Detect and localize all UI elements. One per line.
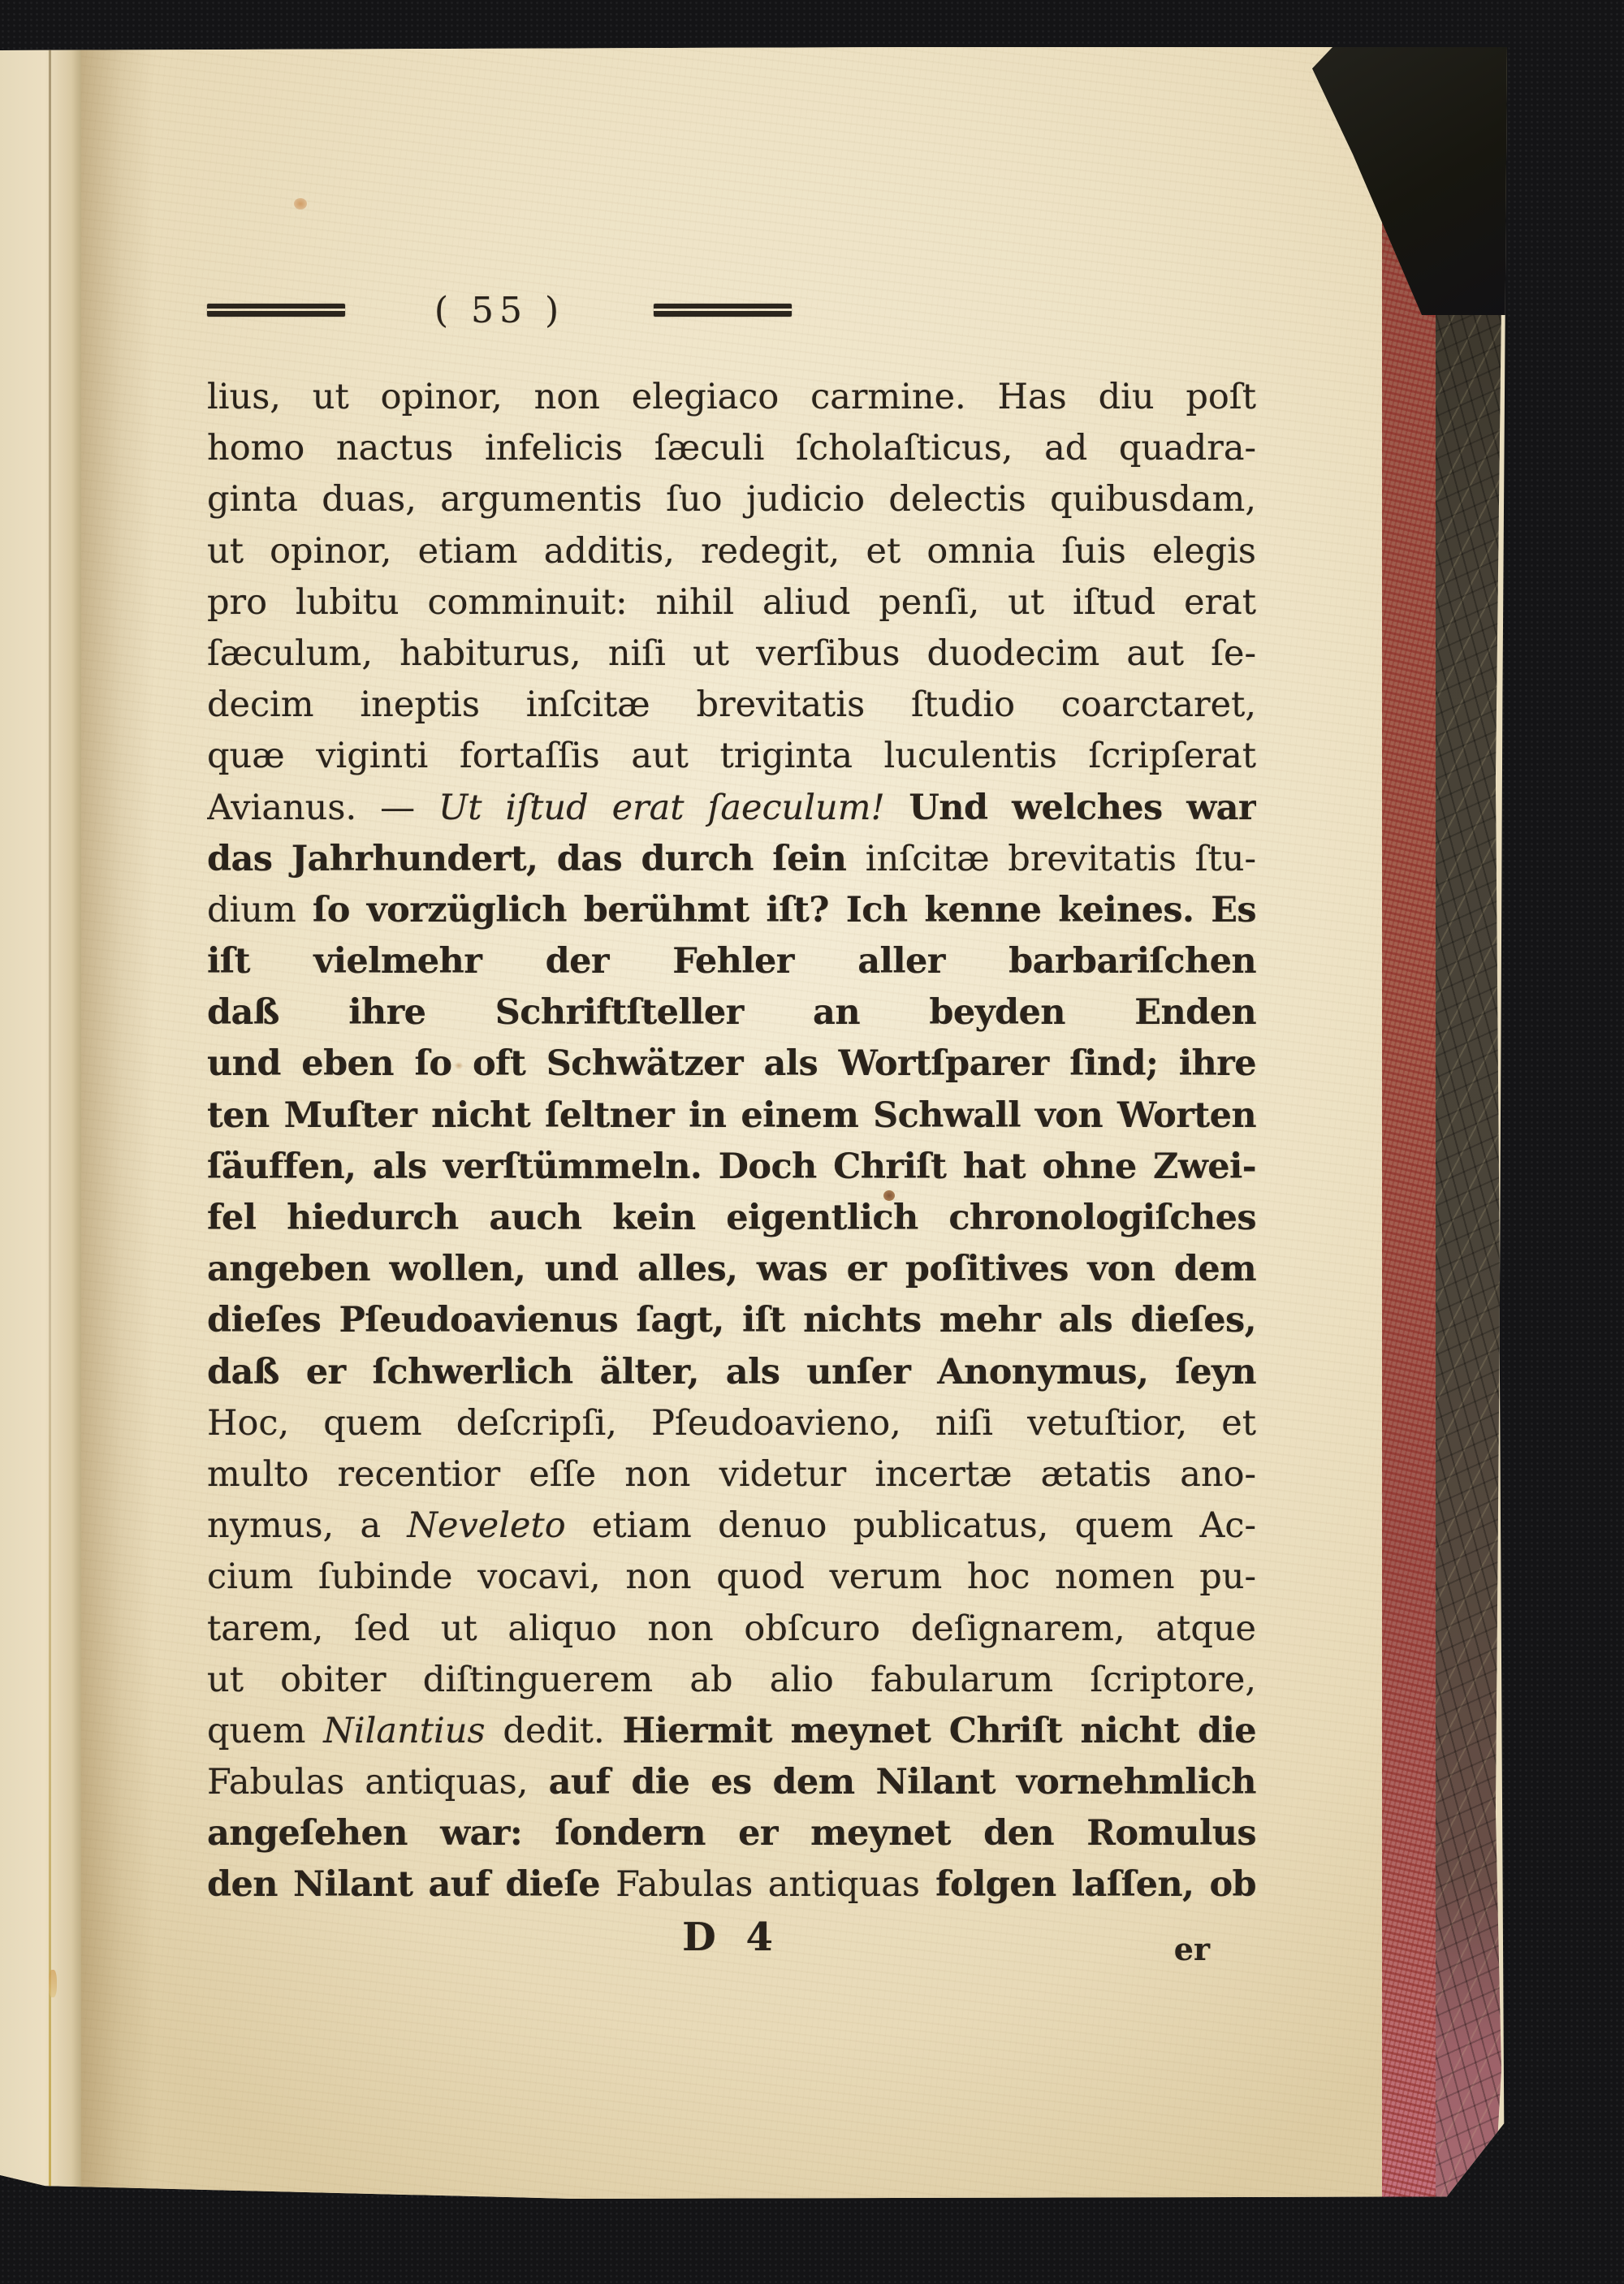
text-line: das Jahrhundert, das durch ſein inſcitæ … [207,834,1256,885]
text-line: dium ſo vorzüglich berühmt iſt? Ich kenn… [207,885,1256,936]
text-line: nymus, a Neveleto etiam denuo publicatus… [207,1500,1256,1552]
red-speckled-fore-edge [1382,58,1436,2199]
text-segment: angeſehen war: ſondern er meynet den Rom… [207,1813,1256,1859]
text-segment: Ut iſtud erat ſaeculum! [438,788,885,828]
text-segment: inſcitæ brevitatis ſtu- [866,839,1256,879]
text-segment: daß ihre Schriftſteller an beyden Enden … [207,992,1256,1038]
text-line: fel hiedurch auch kein eigentlich chrono… [207,1193,1256,1244]
text-segment: Und welches war [885,788,1256,828]
page-header: ( 55 ) [207,284,792,336]
text-line: dieſes Pſeudoavienus ſagt, iſt nichts me… [207,1295,1256,1346]
text-line: quem Nilantius dedit. Hiermit meynet Chr… [207,1706,1256,1757]
text-line: quæ viginti fortaſſis aut triginta lucul… [207,731,1256,782]
text-line: den Nilant auf dieſe Fabulas antiquas fo… [207,1859,1256,1911]
text-segment: Nilantius [323,1711,485,1751]
text-segment: ut obiter diſtinguerem ab alio fabularum… [207,1660,1256,1700]
text-line: Hoc, quem deſcripſi, Pſeudoavieno, niſi … [207,1398,1256,1449]
text-segment: ginta duas, argumentis ſuo judicio delec… [207,479,1256,520]
text-segment: und eben ſo oft Schwätzer als Wortſparer… [207,1043,1256,1090]
text-line: ſæculum, habiturus, niſi ut verſibus duo… [207,628,1256,680]
text-segment: auf die es dem Nilant vornehmlich [549,1762,1256,1803]
text-segment: folgen laſſen, ob [920,1864,1256,1905]
marbled-cover-edge [1436,47,1507,2199]
text-segment: das Jahrhundert, das durch ſein [207,839,866,879]
text-line: und eben ſo oft Schwätzer als Wortſparer… [207,1038,1256,1090]
text-segment: tarem, ſed ut aliquo non obſcuro deſigna… [207,1608,1256,1649]
text-segment: Hiermit meynet Chriſt nicht die [622,1711,1256,1751]
text-segment: fel hiedurch auch kein eigentlich chrono… [207,1198,1256,1244]
text-line: daß er ſchwerlich älter, als unſer Anony… [207,1347,1256,1398]
text-line: decim ineptis inſcitæ brevitatis ſtudio … [207,680,1256,731]
page-number: ( 55 ) [434,290,564,331]
text-segment: dieſes Pſeudoavienus ſagt, iſt nichts me… [207,1300,1256,1341]
text-segment: quem [207,1711,323,1751]
text-line: ut opinor, etiam additis, redegit, et om… [207,526,1256,577]
text-segment: Avianus. — [207,788,438,828]
text-segment: ut opinor, etiam additis, redegit, et om… [207,531,1256,572]
text-line: multo recentior eſſe non videtur incertæ… [207,1449,1256,1500]
catchword: er [1080,1931,1210,1967]
text-segment: Hoc, quem deſcripſi, Pſeudoavieno, niſi … [207,1403,1256,1444]
text-segment: decim ineptis inſcitæ brevitatis ſtudio … [207,684,1256,725]
photographed-book-scan: ( 55 ) lius, ut opinor, non elegiaco car… [0,0,1624,2284]
text-segment: daß er ſchwerlich älter, als unſer Anony… [207,1352,1256,1398]
book-page-spread: ( 55 ) lius, ut opinor, non elegiaco car… [0,47,1507,2199]
text-line: homo nactus infelicis ſæculi ſcholaſticu… [207,423,1256,474]
text-segment: multo recentior eſſe non videtur incertæ… [207,1454,1256,1495]
text-segment: nymus, a [207,1505,407,1546]
text-line: iſt vielmehr der Fehler aller barbariſch… [207,936,1256,987]
text-line: Fabulas antiquas, auf die es dem Nilant … [207,1757,1256,1808]
gutter-crease [49,47,51,2199]
text-segment: ſäuffen, als verſtümmeln. Doch Chriſt ha… [207,1146,1256,1187]
header-rule-left-icon [207,304,345,317]
text-segment: Neveleto [407,1505,565,1546]
text-segment: ſo vorzüglich berühmt iſt? Ich kenne kei… [313,890,1256,930]
paper-stain [294,198,307,209]
text-line: lius, ut opinor, non elegiaco carmine. H… [207,372,1256,423]
text-segment: lius, ut opinor, non elegiaco carmine. H… [207,377,1256,417]
text-segment: dium [207,890,313,930]
text-segment: angeben wollen, und alles, was er poſiti… [207,1249,1256,1295]
text-line: angeben wollen, und alles, was er poſiti… [207,1244,1256,1295]
text-line: cium ſubinde vocavi, non quod verum hoc … [207,1552,1256,1603]
text-line: tarem, ſed ut aliquo non obſcuro deſigna… [207,1604,1256,1655]
text-segment: ten Muſter nicht ſeltner in einem Schwal… [207,1095,1256,1142]
text-segment: cium ſubinde vocavi, non quod verum hoc … [207,1556,1256,1597]
text-line: Avianus. — Ut iſtud erat ſaeculum! Und w… [207,783,1256,834]
text-segment: Fabulas antiquas [615,1864,920,1905]
text-segment: homo nactus infelicis ſæculi ſcholaſticu… [207,428,1256,468]
text-line: daß ihre Schriftſteller an beyden Enden … [207,987,1256,1038]
text-segment: iſt vielmehr der Fehler aller barbariſch… [207,941,1256,987]
text-line: ſäuffen, als verſtümmeln. Doch Chriſt ha… [207,1142,1256,1193]
text-line: ten Muſter nicht ſeltner in einem Schwal… [207,1090,1256,1142]
text-segment: Fabulas antiquas, [207,1762,549,1803]
text-segment: dedit. [486,1711,623,1751]
text-segment: pro lubitu comminuit: nihil aliud penſi,… [207,582,1256,623]
text-line: ginta duas, argumentis ſuo judicio delec… [207,474,1256,525]
text-segment: quæ viginti fortaſſis aut triginta lucul… [207,736,1256,776]
text-line: ut obiter diſtinguerem ab alio fabularum… [207,1655,1256,1706]
text-segment: etiam denuo publicatus, quem Ac- [566,1505,1256,1546]
previous-page-edge [0,47,81,2199]
text-line: angeſehen war: ſondern er meynet den Rom… [207,1808,1256,1859]
text-block: lius, ut opinor, non elegiaco carmine. H… [207,372,1256,1911]
header-rule-right-icon [654,304,792,317]
text-line: pro lubitu comminuit: nihil aliud penſi,… [207,577,1256,628]
text-segment: den Nilant auf dieſe [207,1864,615,1905]
paper-stain [49,1970,57,1997]
text-segment: ſæculum, habiturus, niſi ut verſibus duo… [207,633,1256,674]
